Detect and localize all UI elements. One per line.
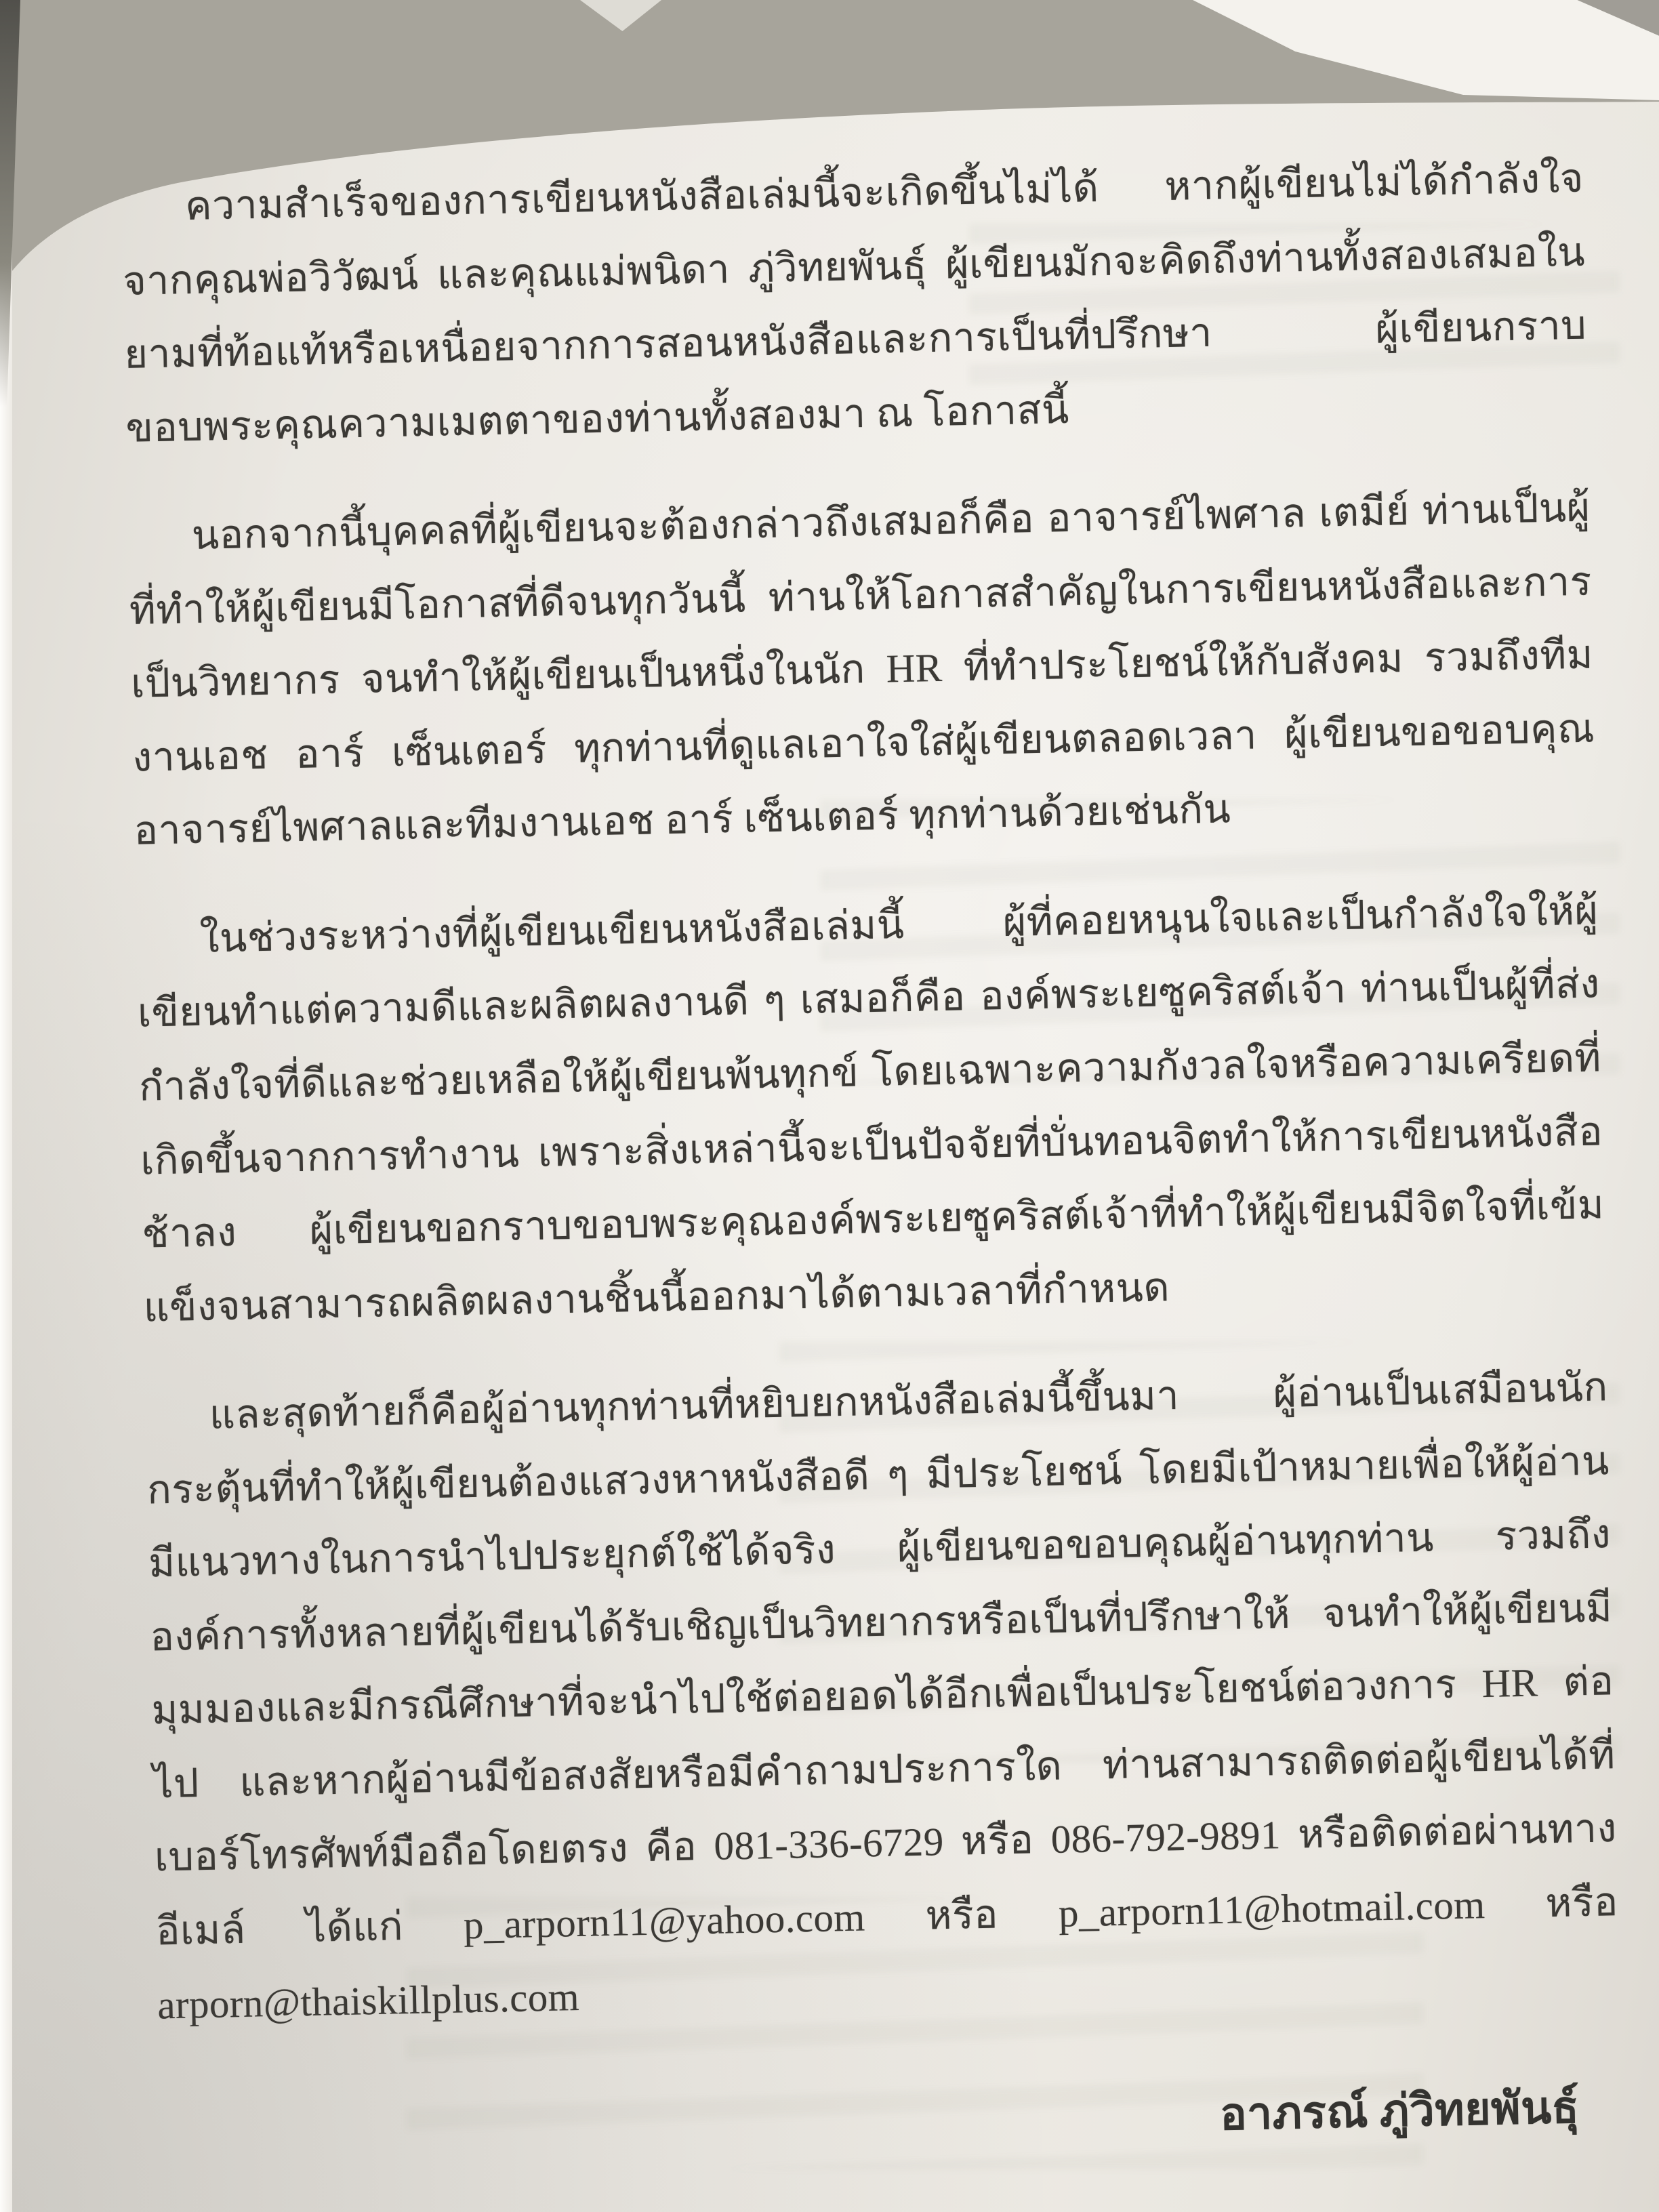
- paragraph-parents: ความสำเร็จของการเขียนหนังสือเล่มนี้จะเกิ…: [121, 142, 1589, 465]
- paragraph-faith: ในช่วงระหว่างที่ผู้เขียนเขียนหนังสือเล่ม…: [136, 874, 1607, 1344]
- paragraph-readers-contact: และสุดท้ายก็คือผู้อ่านทุกท่านที่หยิบยกหน…: [145, 1351, 1620, 2042]
- paragraph-mentor: นอกจากนี้บุคคลที่ผู้เขียนจะต้องกล่าวถึงเ…: [127, 471, 1597, 868]
- acknowledgments-text: ความสำเร็จของการเขียนหนังสือเล่มนี้จะเกิ…: [121, 142, 1621, 2077]
- author-signature: อาภรณ์ ภู่วิทยพันธุ์: [1219, 2072, 1580, 2150]
- book-page-photo: ความสำเร็จของการเขียนหนังสือเล่มนี้จะเกิ…: [0, 0, 1659, 2212]
